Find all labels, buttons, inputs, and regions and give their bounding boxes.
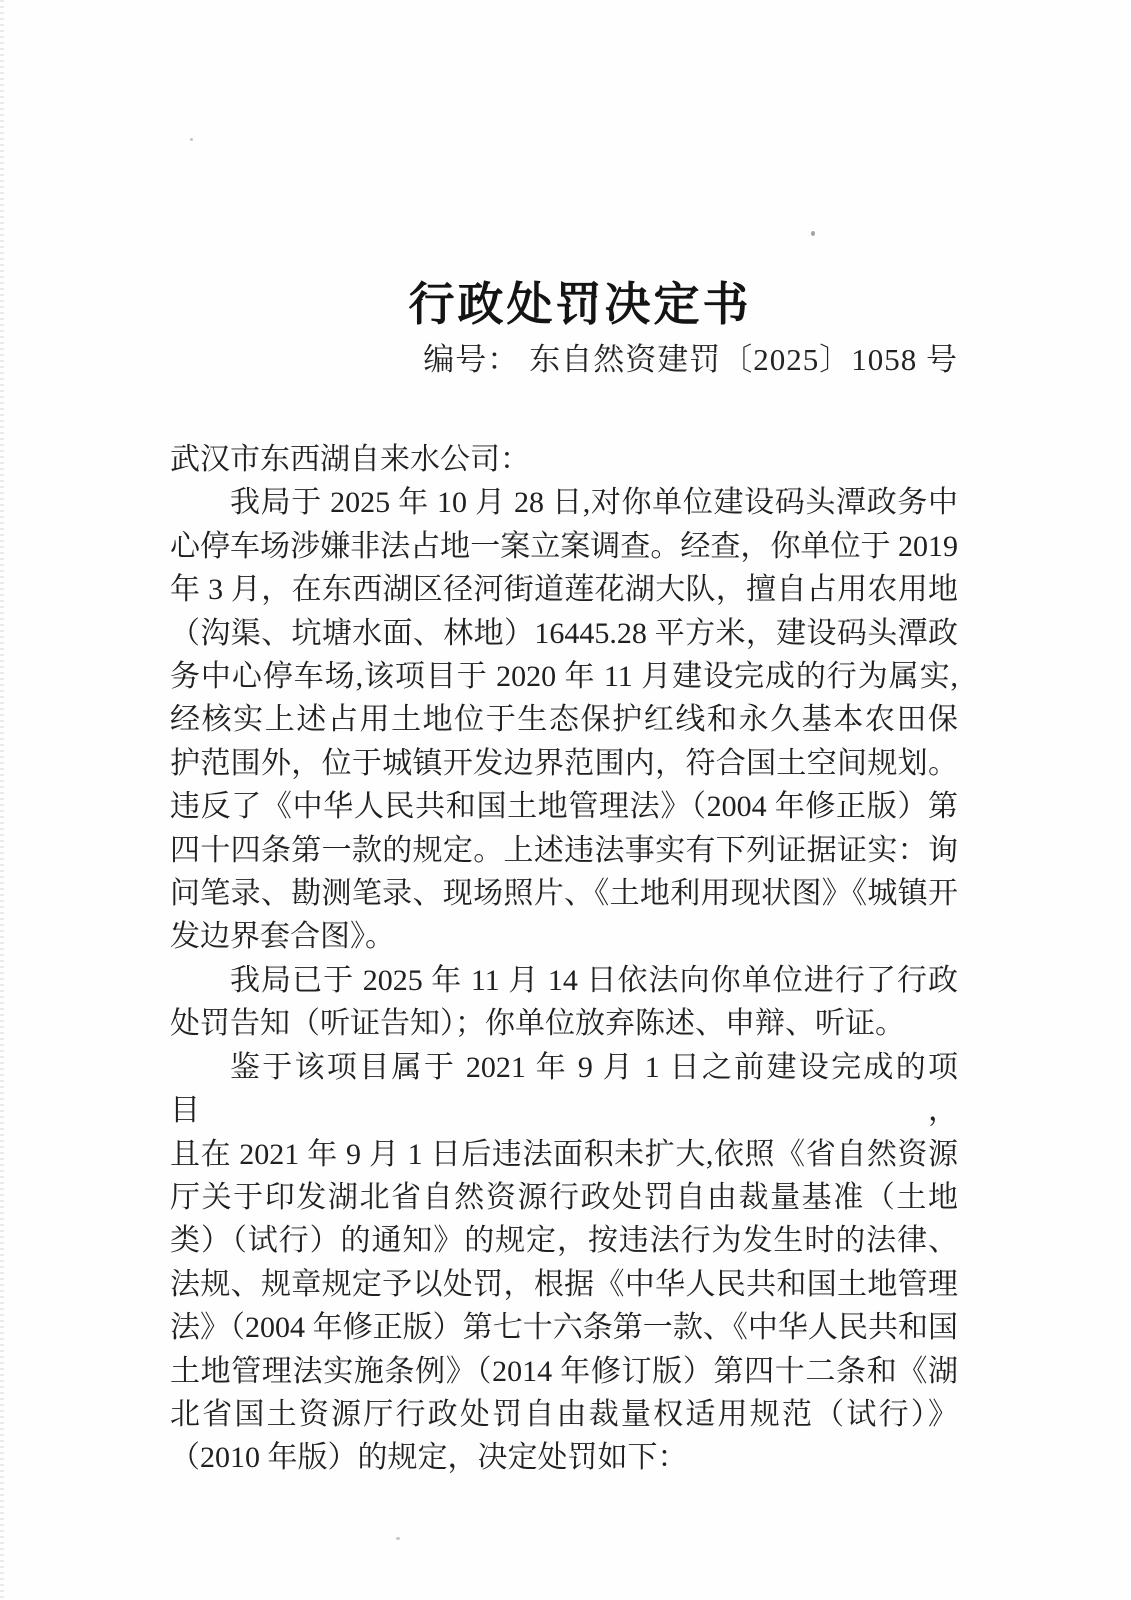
body-line: 违反了《中华人民共和国土地管理法》（2004 年修正版）第 (170, 785, 958, 828)
scanner-edge-noise (0, 0, 4, 1600)
body-line: 护范围外，位于城镇开发边界范围内，符合国土空间规划。 (170, 742, 958, 785)
document-number-value: 东自然资建罚〔2025〕1058 号 (529, 342, 958, 377)
body-line: 发边界套合图》。 (170, 915, 958, 958)
scan-speck (190, 138, 193, 141)
body-line: 心停车场涉嫌非法占地一案立案调查。经查，你单位于 2019 (170, 525, 958, 568)
body-line: （2010 年版）的规定，决定处罚如下： (170, 1436, 958, 1479)
body-line: 鉴于该项目属于 2021 年 9 月 1 日之前建设完成的项目， (170, 1046, 958, 1133)
body-line: 北省国土资源厅行政处罚自由裁量权适用规范（试行）》 (170, 1393, 958, 1436)
body-line: 问笔录、勘测笔录、现场照片、《土地利用现状图》《城镇开 (170, 872, 958, 915)
body-line: 我局已于 2025 年 11 月 14 日依法向你单位进行了行政 (170, 959, 958, 1002)
body-line: 务中心停车场,该项目于 2020 年 11 月建设完成的行为属实, (170, 655, 958, 698)
body-line: 处罚告知（听证告知）；你单位放弃陈述、申辩、听证。 (170, 1002, 958, 1045)
body-line: 我局于 2025 年 10 月 28 日,对你单位建设码头潭政务中 (170, 481, 958, 524)
scan-speck (396, 1537, 400, 1540)
document-number: 编号：东自然资建罚〔2025〕1058 号 (170, 334, 958, 379)
body-line: 法规、规章规定予以处罚，根据《中华人民共和国土地管理 (170, 1263, 958, 1306)
document-number-label: 编号： (423, 342, 519, 377)
recipient-line: 武汉市东西湖自来水公司： (170, 438, 958, 481)
body-line: 经核实上述占用土地位于生态保护红线和永久基本农田保 (170, 698, 958, 741)
document-page: 行政处罚决定书 编号：东自然资建罚〔2025〕1058 号 武汉市东西湖自来水公… (0, 0, 1131, 1600)
body-line: 法》（2004 年修正版）第七十六条第一款、《中华人民共和国 (170, 1306, 958, 1349)
scan-speck (811, 231, 815, 236)
body-line: 类）（试行）的通知》的规定，按违法行为发生时的法律、 (170, 1219, 958, 1262)
body-line: （沟渠、坑塘水面、林地）16445.28 平方米，建设码头潭政 (170, 612, 958, 655)
body-line: 土地管理法实施条例》（2014 年修订版）第四十二条和《湖 (170, 1350, 958, 1393)
document-title: 行政处罚决定书 (170, 268, 990, 334)
document-body: 武汉市东西湖自来水公司： 我局于 2025 年 10 月 28 日,对你单位建设… (170, 438, 958, 1480)
body-line: 且在 2021 年 9 月 1 日后违法面积未扩大,依照《省自然资源 (170, 1133, 958, 1176)
body-line: 厅关于印发湖北省自然资源行政处罚自由裁量基准（土地 (170, 1176, 958, 1219)
body-line: 四十四条第一款的规定。上述违法事实有下列证据证实：询 (170, 829, 958, 872)
body-line: 年 3 月，在东西湖区径河街道莲花湖大队，擅自占用农用地 (170, 568, 958, 611)
